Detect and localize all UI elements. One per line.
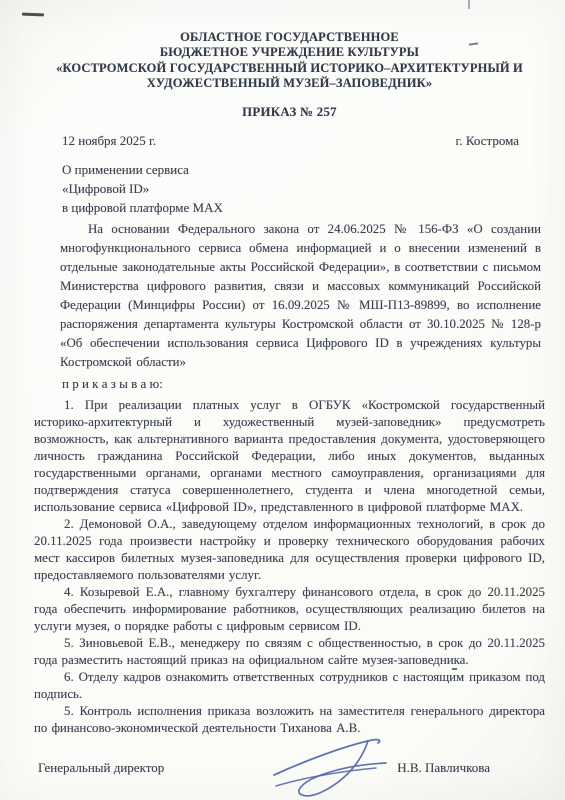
order-word: п р и к а з ы в а ю: [62,374,545,393]
subject-line: О применении сервиса [62,160,545,179]
subject-line: в цифровой платформе MAX [62,198,545,217]
signer-title: Генеральный директор [38,758,164,777]
subject-line: «Цифровой ID» [62,179,545,198]
document-date: 12 ноября 2025 г. [62,131,156,150]
subject-block: О применении сервиса «Цифровой ID» в циф… [62,160,545,217]
org-header-line: «КОСТРОМСКОЙ ГОСУДАРСТВЕННЫЙ ИСТОРИКО–АР… [34,61,545,76]
document-city: г. Кострома [456,131,519,150]
order-item-1: 1. При реализации платных услуг в ОГБУК … [34,397,545,516]
document-content: ОБЛАСТНОЕ ГОСУДАРСТВЕННОЕ БЮДЖЕТНОЕ УЧРЕ… [0,0,565,737]
order-item-2: 2. Демоновой О.А., заведующему отделом и… [34,516,545,584]
signature-row: Генеральный директор Н.В. Павличкова [38,758,490,777]
org-header-line: БЮДЖЕТНОЕ УЧРЕЖДЕНИЕ КУЛЬТУРЫ [34,45,545,60]
org-header-line: ХУДОЖЕСТВЕННЫЙ МУЗЕЙ–ЗАПОВЕДНИК» [34,76,545,91]
document-title: ПРИКАЗ № 257 [34,103,545,122]
org-header: ОБЛАСТНОЕ ГОСУДАРСТВЕННОЕ БЮДЖЕТНОЕ УЧРЕ… [34,30,545,91]
order-item-4: 4. Козыревой Е.А., главному бухгалтеру ф… [34,584,545,635]
document-page: ОБЛАСТНОЕ ГОСУДАРСТВЕННОЕ БЮДЖЕТНОЕ УЧРЕ… [0,0,565,800]
scan-artifact-tick-top-right [468,0,470,9]
preamble-paragraph: На основании Федерального закона от 24.0… [60,220,541,372]
scan-artifact-dot [452,668,457,670]
order-item-6: 6. Отделу кадров ознакомить ответственны… [34,669,545,703]
signature-scribble [268,731,398,800]
order-item-5: 5. Зиновьевой Е.В., менеджеру по связям … [34,635,545,669]
signer-name: Н.В. Павличкова [397,758,490,777]
date-row: 12 ноября 2025 г. г. Кострома [34,131,545,150]
order-items: 1. При реализации платных услуг в ОГБУК … [34,397,545,737]
